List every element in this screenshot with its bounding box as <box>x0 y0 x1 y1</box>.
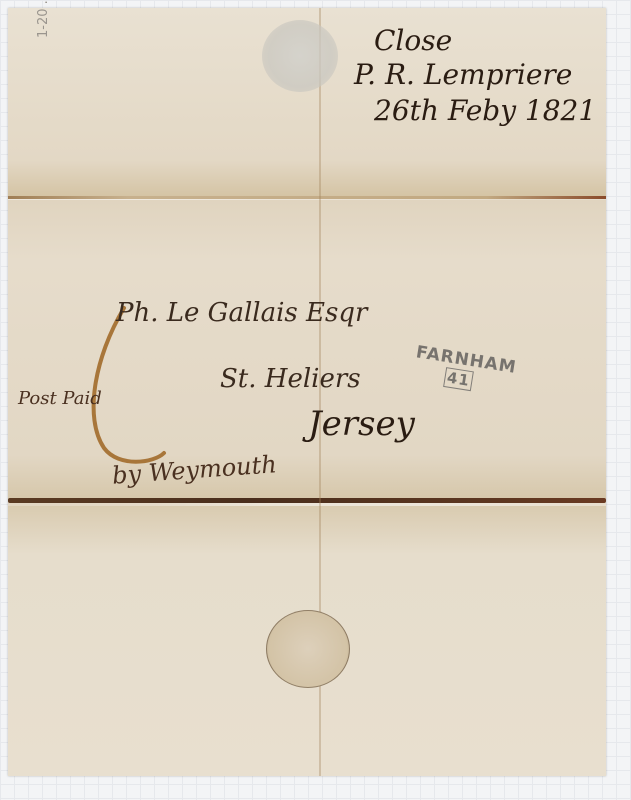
upper-fold-line <box>8 196 606 199</box>
wax-seal-bottom <box>266 610 350 688</box>
pencil-annotation: 1-20 .0.. <box>36 0 51 38</box>
post-paid-endorsement: Post Paid <box>18 388 102 409</box>
docket-line-2: P. R. Lempriere <box>354 58 572 91</box>
folded-letter-sheet: 1-20 .0.. Close P. R. Lempriere 26th Feb… <box>8 8 606 776</box>
wax-seal-ghost-top <box>262 20 338 92</box>
lower-fold-line <box>8 498 606 503</box>
address-line-2: St. Heliers <box>220 364 361 394</box>
address-line-3: Jersey <box>308 404 415 444</box>
docket-line-3: 26th Feby 1821 <box>374 94 596 127</box>
docket-line-1: Close <box>374 24 452 57</box>
address-line-1: Ph. Le Gallais Esqr <box>116 298 367 328</box>
